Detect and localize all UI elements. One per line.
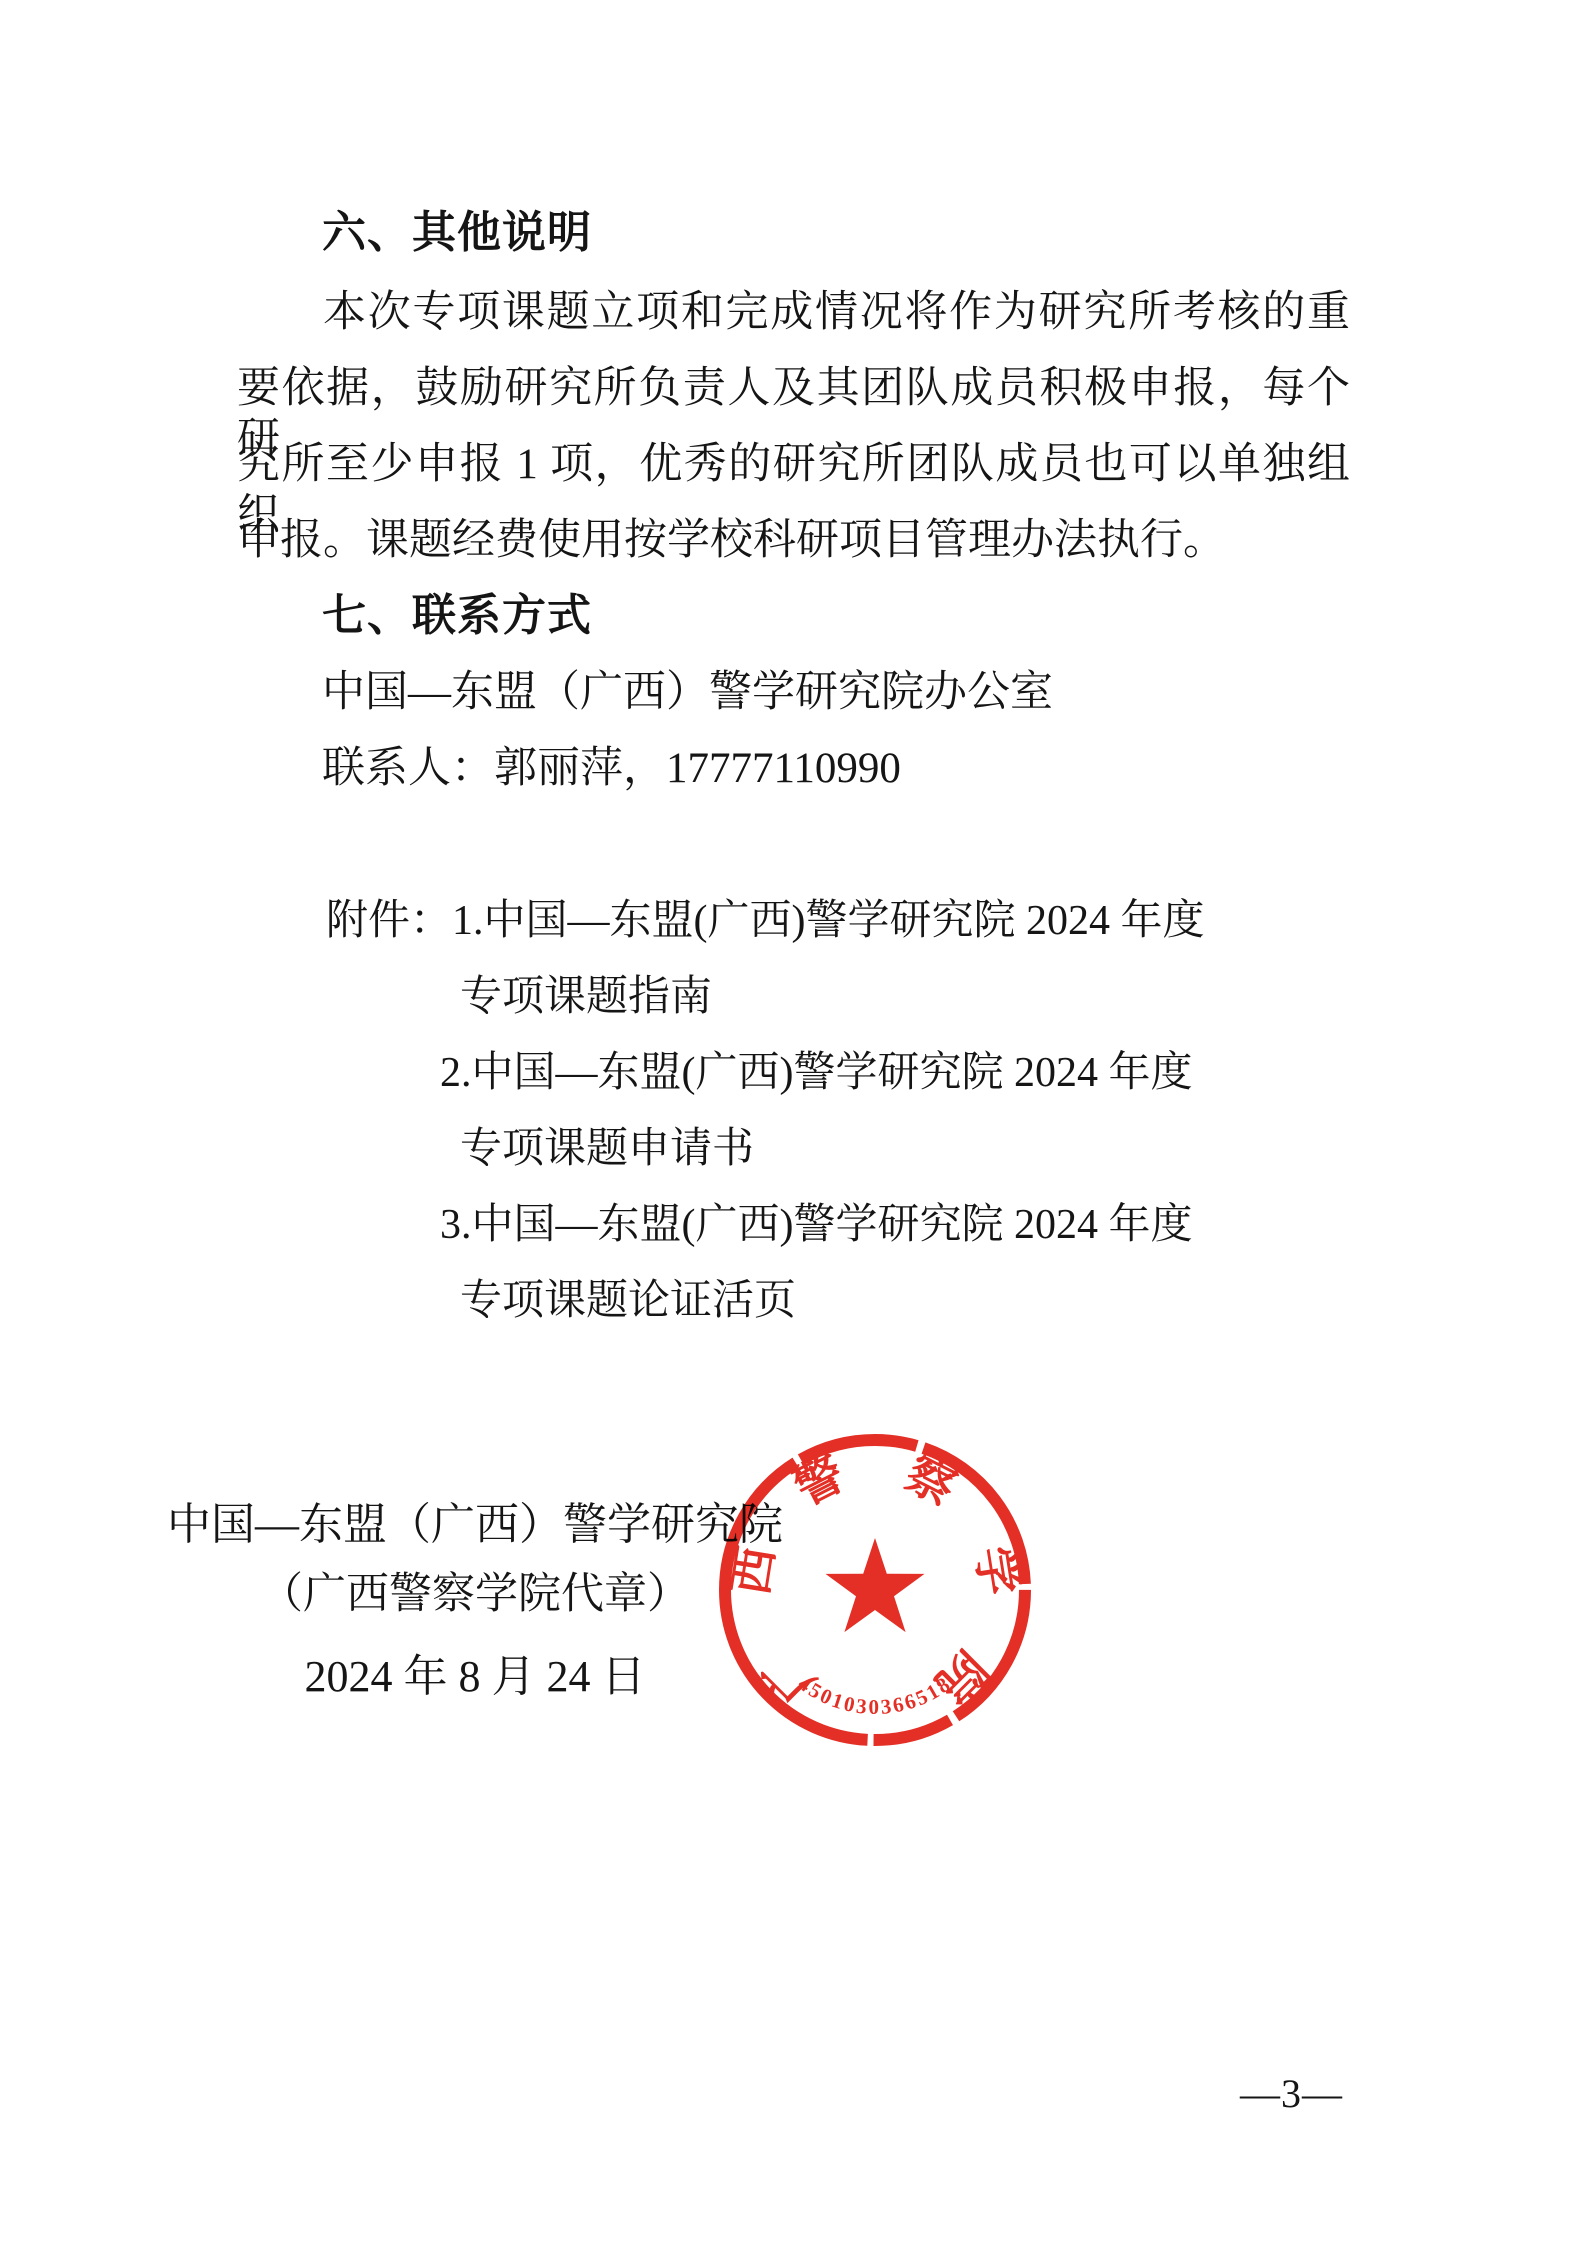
attachments-label: 附件：: [326, 898, 452, 944]
contact-line: 联系人：郭丽萍，17777110990: [322, 744, 901, 795]
attachment-number: 2.: [440, 1050, 472, 1096]
attachment-row-2: 2.中国—东盟(广西)警学研究院 2024 年度: [440, 1049, 1192, 1099]
attachment-title: 中国—东盟(广西)警学研究院 2024 年度: [484, 898, 1205, 944]
office-line: 中国—东盟（广西）警学研究院办公室: [322, 668, 1053, 719]
body-line: 本次专项课题立项和完成情况将作为研究所考核的重: [237, 288, 1350, 339]
attachment-title-continuation: 专项课题论证活页: [460, 1277, 796, 1327]
attachment-row-1: 附件：1.中国—东盟(广西)警学研究院 2024 年度: [326, 897, 1205, 947]
body-line: 申报。课题经费使用按学校科研项目管理办法执行。: [237, 516, 1350, 567]
attachment-number: 3.: [440, 1202, 472, 1248]
seal-org-char: 警: [786, 1447, 853, 1516]
section-6-heading: 六、其他说明: [322, 207, 592, 259]
seal-star-icon: [826, 1538, 925, 1632]
attachment-row-3: 3.中国—东盟(广西)警学研究院 2024 年度: [440, 1201, 1192, 1251]
section-7-heading: 七、联系方式: [322, 590, 592, 642]
official-seal: 广 西 警 察 学 院 4501030366518: [695, 1410, 1055, 1770]
attachment-title-continuation: 专项课题指南: [460, 973, 712, 1023]
attachment-title: 中国—东盟(广西)警学研究院 2024 年度: [472, 1050, 1193, 1096]
attachment-number: 1.: [452, 898, 484, 944]
attachment-title: 中国—东盟(广西)警学研究院 2024 年度: [472, 1202, 1193, 1248]
page-number: —3—: [1240, 2070, 1343, 2117]
seal-org-char: 西: [725, 1543, 785, 1599]
document-page: 六、其他说明 本次专项课题立项和完成情况将作为研究所考核的重 要依据，鼓励研究所…: [0, 0, 1587, 2245]
seal-org-char: 学: [966, 1543, 1026, 1599]
attachment-title-continuation: 专项课题申请书: [460, 1125, 754, 1175]
